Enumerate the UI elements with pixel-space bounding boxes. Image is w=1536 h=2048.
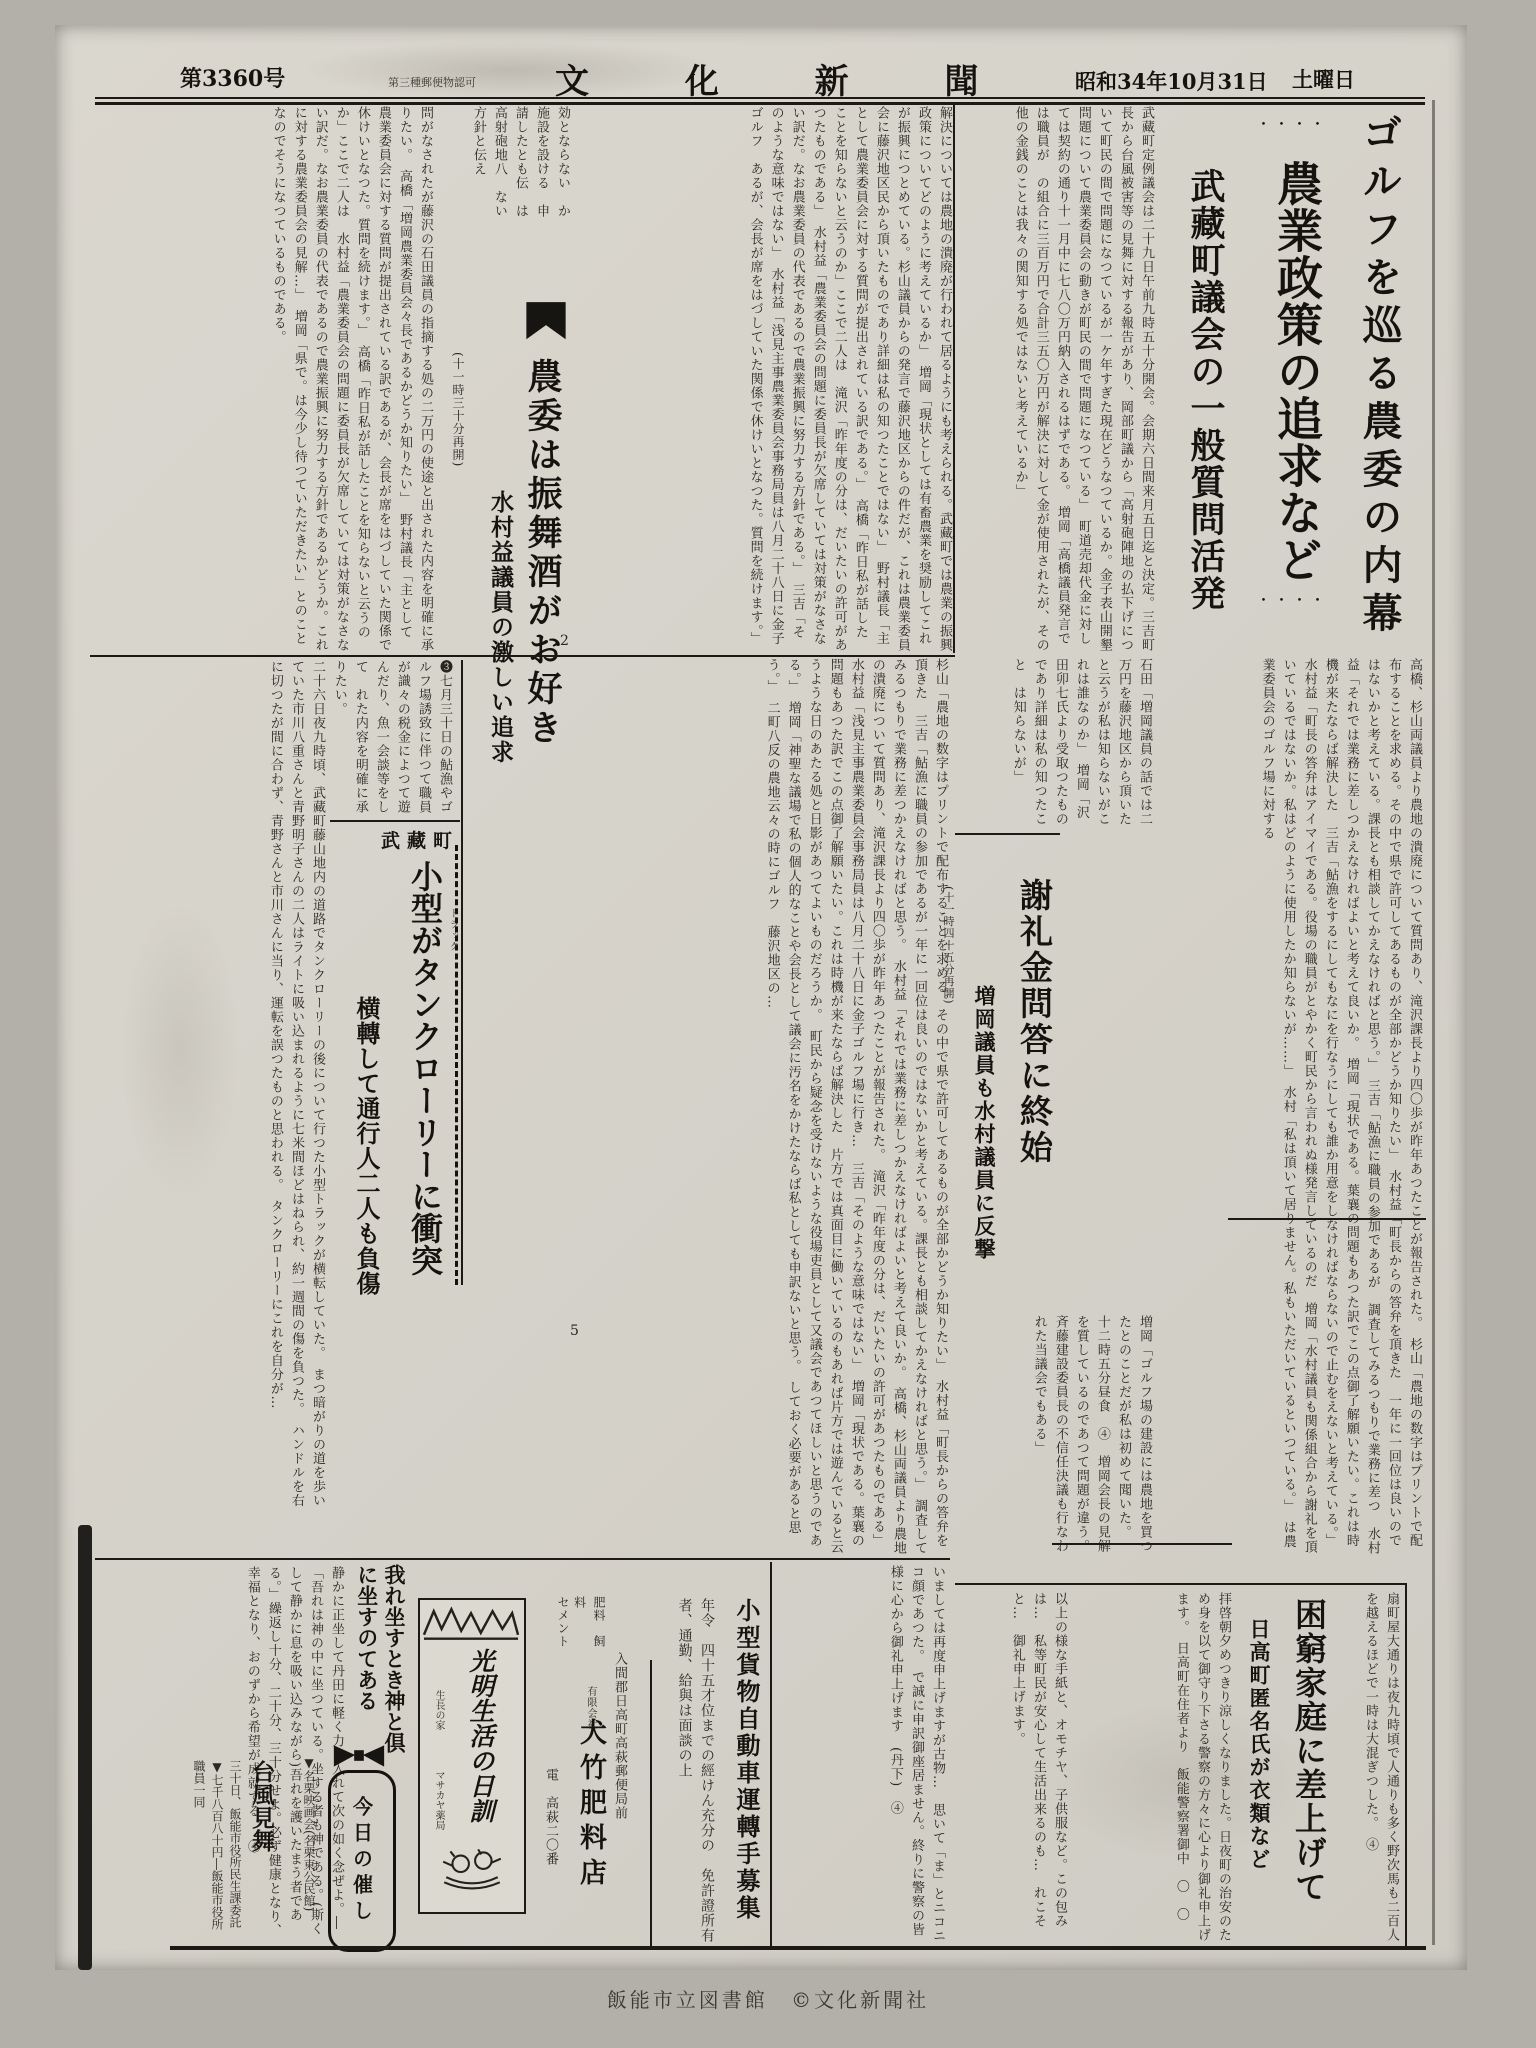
flag-icon bbox=[523, 300, 569, 352]
komyo-ad-title: 光明生活の日訓 bbox=[454, 1648, 498, 1868]
today-events-box: 今日の催し bbox=[328, 1770, 396, 1952]
column-number: 2 bbox=[560, 630, 570, 653]
tank-subhead: 横轉して通行人二人も負傷 bbox=[342, 996, 384, 1296]
tank-top-note: ❸七月三十日の鮎漁やゴルフ場誘致に伴つて職員が識々の税金によつて遊んだり、魚一会… bbox=[333, 660, 455, 818]
postal-note: 第三種郵便物認可 bbox=[388, 74, 476, 90]
mid-right-rule2 bbox=[1052, 1543, 1232, 1545]
komyo-note-left: ▼名栗映画会(名栗東公民館) bbox=[300, 1756, 318, 1952]
konkyu-headline: 困窮家庭に差上げて bbox=[1276, 1598, 1332, 1928]
taifu-body: 三十日、飯能市役所民生課委託 ▼七千八百八十円―飯能市役所 職員一同 bbox=[160, 1760, 244, 1952]
bottom-thick-rule bbox=[170, 1946, 1426, 1950]
inutake-cement: セメント bbox=[556, 1596, 572, 1686]
top-band-divider bbox=[953, 105, 955, 653]
bottom-band-rule bbox=[95, 1558, 950, 1560]
konkyu-body: 拝啓朝夕めつきり涼しくなりました。日夜町の治安のため身を以て御守り下さる警察の方… bbox=[1072, 1592, 1234, 1947]
column-number: 5 bbox=[570, 1320, 580, 1343]
inutake-address: 入間郡日高町高萩郵便局前 bbox=[612, 1652, 630, 1952]
footer-credit: 飯能市立図書館 ©文化新聞社 bbox=[0, 1984, 1536, 2013]
golf-body-strip: 効とならない か施設を設ける 申請したとも伝 は高射砲地八 ない方針と伝え bbox=[438, 106, 573, 228]
masthead-title: 文 化 新 聞 bbox=[555, 54, 1021, 103]
nokyo-time-note: (十一時三十分再開) bbox=[449, 352, 467, 572]
kogata-ad-headline: 小型貨物自動車運轉手募集 bbox=[722, 1598, 764, 1943]
mid-right-rule bbox=[1228, 1218, 1426, 1220]
golf-body-left: 問がなされたが藤沢の石田議員の指摘する処の二万円の使途と出された内容を明確に承り… bbox=[92, 106, 436, 652]
konkyu-right-rule bbox=[1405, 1583, 1407, 1950]
sharei-body-right: 高橋、杉山両議員より農地の潰廃について質問あり、滝沢課長より四〇歩が昨年あつたこ… bbox=[1160, 658, 1425, 1558]
tank-furigana: トラック bbox=[444, 908, 458, 988]
komyo-lead: 我れ坐すとき神と倶に坐すのてある bbox=[350, 1564, 408, 1764]
sharei-headline: 謝礼金問答に終始 bbox=[1002, 878, 1058, 1178]
dot-leader-bottom: ・・・・・・・・ bbox=[1256, 592, 1326, 630]
inutake-products: 肥料 飼料 bbox=[574, 1596, 608, 1660]
header-rule-thick bbox=[95, 102, 1425, 105]
zigzag-illustration bbox=[422, 1602, 520, 1648]
konkyu-letter-end: いましては再度申上げますが古物… 思いて「ま」とニコニコ顔であつた。 で誠に申訳… bbox=[776, 1565, 948, 1947]
scan-edge-mark bbox=[78, 1525, 92, 1970]
golf-headline-sub: 武藏町議会の一般質問活発 bbox=[1175, 168, 1230, 623]
tank-divider bbox=[461, 660, 463, 1285]
issue-number: 第3360号 bbox=[180, 62, 285, 93]
komyo-ad-house: 生長の家 bbox=[432, 1690, 446, 1760]
konkyu-top-rule bbox=[955, 1583, 1407, 1585]
golf-headline-main: 農業政策の追求など bbox=[1238, 160, 1330, 585]
dot-leader-top: ・・・・・・・・ bbox=[1256, 116, 1326, 154]
footer-publisher: ©文化新聞社 bbox=[791, 1988, 929, 2012]
today-events-label: 今日の催し bbox=[331, 1773, 393, 1949]
golf-body-mid-left: 杉山「農地の数字はプリントで配布することを求める。その中で県で許可してあるものが… bbox=[465, 658, 951, 1558]
page-edge-rule bbox=[1432, 100, 1435, 1945]
footer-library: 飯能市立図書館 bbox=[607, 1988, 768, 2012]
sharei-subhead: 増岡議員も水村議員に反撃 bbox=[963, 985, 999, 1275]
inutake-phone: 電 高萩二〇番 bbox=[543, 1768, 561, 1953]
sharei-top-rule bbox=[955, 833, 1060, 835]
golf-headline-kicker: ゴルフを巡る農委の内幕 bbox=[1348, 112, 1408, 647]
inutake-shop-name: 犬竹肥料店 bbox=[568, 1718, 610, 1928]
tank-body: 二十六日夜九時頃、武藏町藤山地内の道路でタンクローリーの後について行つた小型トラ… bbox=[92, 660, 328, 1518]
tank-kicker-rule bbox=[330, 820, 460, 822]
ad-divider-left bbox=[650, 1660, 652, 1950]
konkyu-subhead: 日高町匿名氏が衣類など bbox=[1236, 1618, 1274, 1908]
birds-illustration bbox=[436, 1842, 508, 1906]
issue-date: 昭和34年10月31日 bbox=[1075, 66, 1268, 96]
golf-body-middle: 解決については農地の潰廃が行われて居るようにも考えられる。武藏町では農業の振興政… bbox=[575, 106, 955, 652]
tank-kicker: 武藏町 bbox=[381, 826, 459, 853]
mid-band-rule bbox=[90, 655, 955, 657]
ad-divider-right bbox=[770, 1562, 772, 1950]
konkyu-col-right: 扇町屋大通りは夜九時頃で人通りも多く野次馬も二百人を越えるほどで一時は大混ぎつし… bbox=[1338, 1592, 1402, 1948]
header-rule bbox=[95, 97, 1425, 99]
tank-headline: 小型がタンクローリーに衝突 bbox=[396, 860, 448, 1295]
sharei-body-above: 石田「増岡議員の話では二万円を藤沢地区から頂いたと云うが私は知らないがこれは誰な… bbox=[957, 658, 1155, 830]
weekday: 土曜日 bbox=[1292, 64, 1355, 94]
konkyu-body-left: 以上の様な手紙と、オモチヤ、子供服など。この包みは… 私等町民が安心して生活出来… bbox=[952, 1592, 1070, 1947]
komyo-ad-box: 光明生活の日訓 生長の家 マサカヤ薬局 bbox=[418, 1598, 526, 1914]
kogata-ad-body: 年令 四十五才位までの經けん充分の 免許證所有者、通勤、給與は面談の上 bbox=[654, 1598, 718, 1950]
golf-body-right: 武藏町定例議会は二十九日午前九時五十分開会。会期六日間来月五日迄と決定。三吉町長… bbox=[957, 106, 1157, 652]
taifu-headline: 台風見舞 bbox=[246, 1760, 278, 1875]
sharei-body-below: 増岡「ゴルフ場の建設には農地を買つたとのことだが私は初めて聞いた。 十二時五分昼… bbox=[957, 1315, 1155, 1557]
newspaper-page: 第3360号 第三種郵便物認可 文 化 新 聞 昭和34年10月31日 土曜日 … bbox=[0, 0, 1536, 2048]
